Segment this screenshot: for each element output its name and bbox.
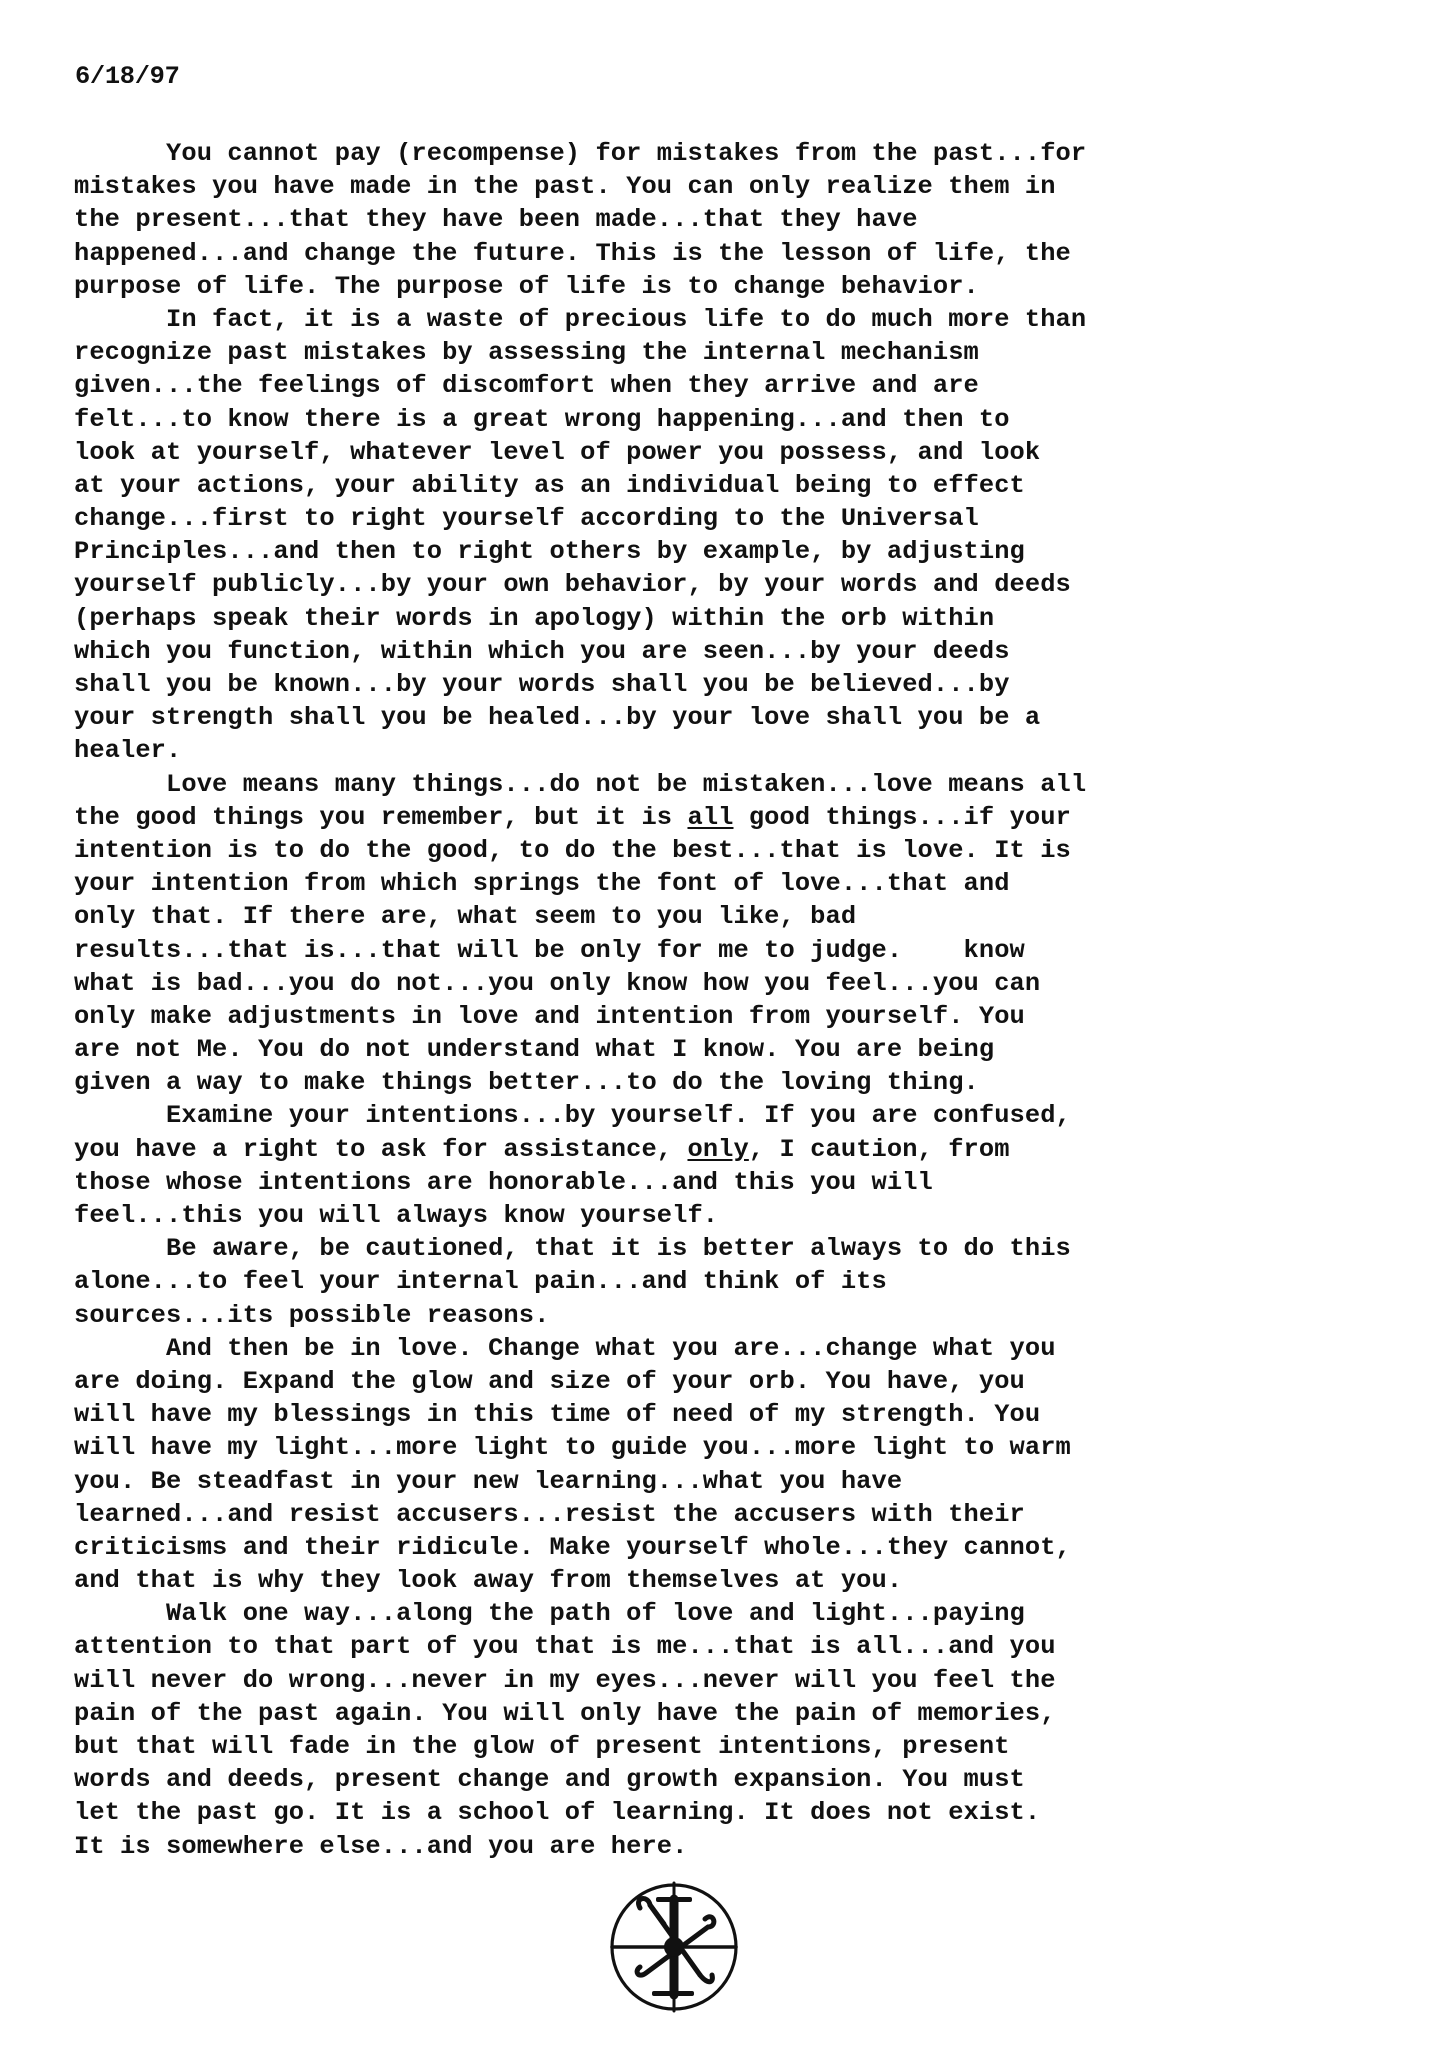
text-line: change...first to right yourself accordi…: [74, 502, 1414, 535]
text-segment: recognize past mistakes by assessing the…: [74, 338, 979, 367]
text-segment: your intention from which springs the fo…: [74, 869, 1010, 898]
text-line: at your actions, your ability as an indi…: [74, 469, 1414, 502]
text-segment: Examine your intentions...by yourself. I…: [74, 1101, 1071, 1130]
text-segment: the present...that they have been made..…: [74, 205, 918, 234]
text-segment: pain of the past again. You will only ha…: [74, 1699, 1056, 1728]
text-segment: (perhaps speak their words in apology) w…: [74, 604, 994, 633]
text-segment: , I caution, from: [749, 1135, 1010, 1164]
text-line: It is somewhere else...and you are here.: [74, 1830, 1414, 1863]
text-segment: Walk one way...along the path of love an…: [74, 1599, 1025, 1628]
text-line: learned...and resist accusers...resist t…: [74, 1498, 1414, 1531]
document-date: 6/18/97: [75, 62, 180, 92]
text-line: sources...its possible reasons.: [74, 1299, 1414, 1332]
text-line: results...that is...that will be only fo…: [74, 934, 1414, 967]
text-line: will never do wrong...never in my eyes..…: [74, 1664, 1414, 1697]
text-line: (perhaps speak their words in apology) w…: [74, 602, 1414, 635]
text-segment: and that is why they look away from them…: [74, 1566, 902, 1595]
text-segment: Principles...and then to right others by…: [74, 537, 1025, 566]
text-segment: are not Me. You do not understand what I…: [74, 1035, 994, 1064]
text-segment: only make adjustments in love and intent…: [74, 1002, 1025, 1031]
text-line: intention is to do the good, to do the b…: [74, 834, 1414, 867]
circle-cross-emblem-icon: [604, 1877, 744, 2017]
text-line: shall you be known...by your words shall…: [74, 668, 1414, 701]
text-line: You cannot pay (recompense) for mistakes…: [74, 137, 1414, 170]
text-segment: given a way to make things better...to d…: [74, 1068, 979, 1097]
text-line: recognize past mistakes by assessing the…: [74, 336, 1414, 369]
document-page: 6/18/97 You cannot pay (recompense) for …: [0, 0, 1437, 2054]
text-line: alone...to feel your internal pain...and…: [74, 1265, 1414, 1298]
text-segment: criticisms and their ridicule. Make your…: [74, 1533, 1071, 1562]
text-line: will have my light...more light to guide…: [74, 1431, 1414, 1464]
document-body: You cannot pay (recompense) for mistakes…: [74, 137, 1414, 1863]
text-line: given...the feelings of discomfort when …: [74, 369, 1414, 402]
text-segment: Be aware, be cautioned, that it is bette…: [74, 1234, 1071, 1263]
text-line: Examine your intentions...by yourself. I…: [74, 1099, 1414, 1132]
text-segment: will never do wrong...never in my eyes..…: [74, 1666, 1056, 1695]
text-line: Principles...and then to right others by…: [74, 535, 1414, 568]
text-segment: what is bad...you do not...you only know…: [74, 969, 1040, 998]
text-segment: only that. If there are, what seem to yo…: [74, 902, 856, 931]
text-segment: And then be in love. Change what you are…: [74, 1334, 1056, 1363]
text-line: felt...to know there is a great wrong ha…: [74, 403, 1414, 436]
text-segment: will have my light...more light to guide…: [74, 1433, 1071, 1462]
text-line: only that. If there are, what seem to yo…: [74, 900, 1414, 933]
text-segment: the good things you remember, but it is: [74, 803, 687, 832]
text-line: Be aware, be cautioned, that it is bette…: [74, 1232, 1414, 1265]
text-segment: intention is to do the good, to do the b…: [74, 836, 1071, 865]
text-segment: alone...to feel your internal pain...and…: [74, 1267, 887, 1296]
text-segment: will have my blessings in this time of n…: [74, 1400, 1040, 1429]
text-line: Love means many things...do not be mista…: [74, 768, 1414, 801]
text-segment: let the past go. It is a school of learn…: [74, 1798, 1040, 1827]
text-line: the present...that they have been made..…: [74, 203, 1414, 236]
text-segment: change...first to right yourself accordi…: [74, 504, 979, 533]
text-line: And then be in love. Change what you are…: [74, 1332, 1414, 1365]
text-line: pain of the past again. You will only ha…: [74, 1697, 1414, 1730]
text-line: only make adjustments in love and intent…: [74, 1000, 1414, 1033]
text-segment: look at yourself, whatever level of powe…: [74, 438, 1040, 467]
text-segment: yourself publicly...by your own behavior…: [74, 570, 1071, 599]
text-line: and that is why they look away from them…: [74, 1564, 1414, 1597]
text-line: you have a right to ask for assistance, …: [74, 1133, 1414, 1166]
text-line: will have my blessings in this time of n…: [74, 1398, 1414, 1431]
text-segment: Love means many things...do not be mista…: [74, 770, 1086, 799]
text-segment: at your actions, your ability as an indi…: [74, 471, 1025, 500]
text-line: attention to that part of you that is me…: [74, 1630, 1414, 1663]
text-segment: In fact, it is a waste of precious life …: [74, 305, 1086, 334]
text-line: you. Be steadfast in your new learning..…: [74, 1465, 1414, 1498]
text-line: criticisms and their ridicule. Make your…: [74, 1531, 1414, 1564]
text-segment: are doing. Expand the glow and size of y…: [74, 1367, 1025, 1396]
text-segment: attention to that part of you that is me…: [74, 1632, 1056, 1661]
text-line: let the past go. It is a school of learn…: [74, 1796, 1414, 1829]
text-segment: purpose of life. The purpose of life is …: [74, 272, 979, 301]
text-segment: words and deeds, present change and grow…: [74, 1765, 1025, 1794]
text-segment: shall you be known...by your words shall…: [74, 670, 1010, 699]
text-line: mistakes you have made in the past. You …: [74, 170, 1414, 203]
text-segment: given...the feelings of discomfort when …: [74, 371, 979, 400]
text-segment: sources...its possible reasons.: [74, 1301, 549, 1330]
text-line: given a way to make things better...to d…: [74, 1066, 1414, 1099]
text-segment: It is somewhere else...and you are here.: [74, 1832, 687, 1861]
underlined-word: all: [687, 803, 733, 832]
text-segment: you have a right to ask for assistance,: [74, 1135, 687, 1164]
text-line: happened...and change the future. This i…: [74, 237, 1414, 270]
text-segment: which you function, within which you are…: [74, 637, 1010, 666]
text-segment: healer.: [74, 736, 181, 765]
text-line: but that will fade in the glow of presen…: [74, 1730, 1414, 1763]
text-line: your strength shall you be healed...by y…: [74, 701, 1414, 734]
text-line: are not Me. You do not understand what I…: [74, 1033, 1414, 1066]
text-line: words and deeds, present change and grow…: [74, 1763, 1414, 1796]
text-segment: good things...if your: [734, 803, 1071, 832]
text-segment: felt...to know there is a great wrong ha…: [74, 405, 1010, 434]
text-line: are doing. Expand the glow and size of y…: [74, 1365, 1414, 1398]
underlined-word: only: [687, 1135, 748, 1164]
text-line: Walk one way...along the path of love an…: [74, 1597, 1414, 1630]
text-line: those whose intentions are honorable...a…: [74, 1166, 1414, 1199]
text-segment: results...that is...that will be only fo…: [74, 936, 1025, 965]
text-line: the good things you remember, but it is …: [74, 801, 1414, 834]
text-segment: your strength shall you be healed...by y…: [74, 703, 1040, 732]
text-line: healer.: [74, 734, 1414, 767]
text-line: what is bad...you do not...you only know…: [74, 967, 1414, 1000]
text-line: which you function, within which you are…: [74, 635, 1414, 668]
text-line: look at yourself, whatever level of powe…: [74, 436, 1414, 469]
text-line: feel...this you will always know yoursel…: [74, 1199, 1414, 1232]
text-segment: You cannot pay (recompense) for mistakes…: [74, 139, 1086, 168]
text-segment: feel...this you will always know yoursel…: [74, 1201, 718, 1230]
text-segment: but that will fade in the glow of presen…: [74, 1732, 1010, 1761]
text-line: purpose of life. The purpose of life is …: [74, 270, 1414, 303]
text-line: In fact, it is a waste of precious life …: [74, 303, 1414, 336]
text-segment: mistakes you have made in the past. You …: [74, 172, 1056, 201]
text-segment: happened...and change the future. This i…: [74, 239, 1071, 268]
text-segment: those whose intentions are honorable...a…: [74, 1168, 933, 1197]
text-segment: you. Be steadfast in your new learning..…: [74, 1467, 902, 1496]
text-line: your intention from which springs the fo…: [74, 867, 1414, 900]
text-line: yourself publicly...by your own behavior…: [74, 568, 1414, 601]
text-segment: learned...and resist accusers...resist t…: [74, 1500, 1025, 1529]
